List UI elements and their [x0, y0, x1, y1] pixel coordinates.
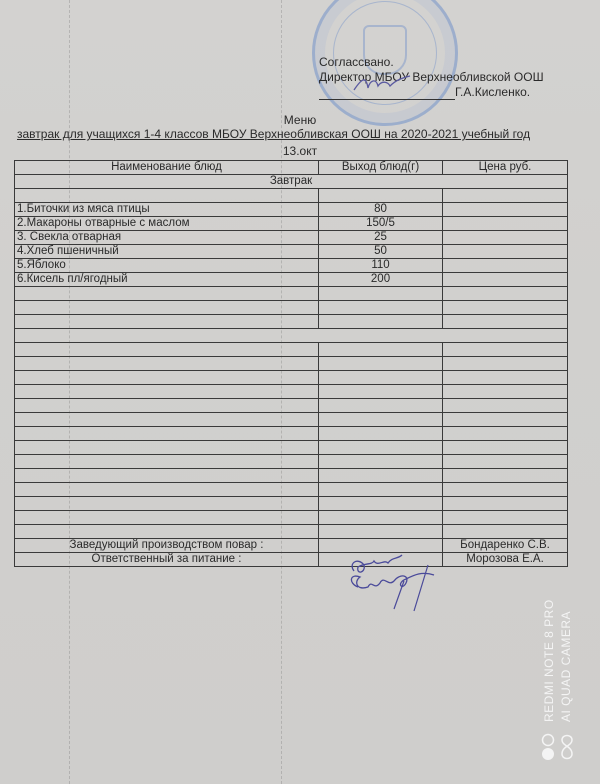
dish-price	[443, 217, 568, 231]
cell	[15, 413, 319, 427]
signature-role: Ответственный за питание :	[15, 553, 319, 567]
cell	[15, 455, 319, 469]
cell	[443, 427, 568, 441]
cell	[15, 441, 319, 455]
table-row: 1.Биточки из мяса птицы80	[15, 203, 568, 217]
dish-price	[443, 203, 568, 217]
table-row-empty	[15, 371, 568, 385]
signature-row: Заведующий производством повар :Бондарен…	[15, 539, 568, 553]
cell	[443, 497, 568, 511]
cell	[319, 413, 443, 427]
signature-row: Ответственный за питание :Морозова Е.А.	[15, 553, 568, 567]
cell	[319, 301, 443, 315]
watermark-line-1: REDMI NOTE 8 PRO	[542, 599, 556, 722]
table-row-empty	[15, 385, 568, 399]
table-row-empty	[15, 483, 568, 497]
cell	[15, 189, 319, 203]
watermark-line-2: AI QUAD CAMERA	[559, 611, 573, 722]
cell	[319, 287, 443, 301]
menu-title: Меню	[0, 113, 600, 127]
cell	[443, 483, 568, 497]
cell	[319, 357, 443, 371]
table-row-empty	[15, 301, 568, 315]
table-row-empty	[15, 441, 568, 455]
table-row-empty	[15, 413, 568, 427]
table-row-empty	[15, 525, 568, 539]
dish-yield: 200	[319, 273, 443, 287]
cell	[15, 357, 319, 371]
cell	[319, 483, 443, 497]
menu-table: Наименование блюдВыход блюд(г)Цена руб.З…	[14, 160, 568, 567]
table-row-empty	[15, 315, 568, 329]
cell	[15, 427, 319, 441]
cell	[15, 287, 319, 301]
signature-name: Морозова Е.А.	[443, 553, 568, 567]
cell	[319, 385, 443, 399]
approval-label: Соглассвано.	[319, 55, 544, 70]
cell	[15, 399, 319, 413]
cell	[443, 399, 568, 413]
director-name: Г.А.Кисленко.	[455, 85, 530, 99]
cell	[15, 497, 319, 511]
table-row-empty	[15, 343, 568, 357]
cell	[319, 343, 443, 357]
cell	[443, 469, 568, 483]
cell	[443, 511, 568, 525]
table-row: 3. Свекла отварная25	[15, 231, 568, 245]
column-header-price: Цена руб.	[443, 161, 568, 175]
cell	[443, 371, 568, 385]
table-row-empty	[15, 455, 568, 469]
cell	[319, 455, 443, 469]
dish-yield: 80	[319, 203, 443, 217]
table-row-empty	[15, 511, 568, 525]
table-row-empty	[15, 399, 568, 413]
table-header-row: Наименование блюдВыход блюд(г)Цена руб.	[15, 161, 568, 175]
cell	[15, 315, 319, 329]
dish-price	[443, 273, 568, 287]
camera-logo-icon	[540, 732, 576, 762]
cell	[443, 315, 568, 329]
dish-name: 1.Биточки из мяса птицы	[15, 203, 319, 217]
cell	[443, 343, 568, 357]
cell	[319, 189, 443, 203]
table-row: 2.Макароны отварные с маслом150/5	[15, 217, 568, 231]
table-row-empty	[15, 497, 568, 511]
menu-subtitle: завтрак для учащихся 1-4 классов МБОУ Ве…	[17, 127, 530, 141]
director-signature	[352, 74, 412, 94]
cell	[15, 343, 319, 357]
dish-name: 4.Хлеб пшеничный	[15, 245, 319, 259]
cell	[15, 301, 319, 315]
column-header-yield: Выход блюд(г)	[319, 161, 443, 175]
section-row: Завтрак	[15, 175, 568, 189]
signature-role: Заведующий производством повар :	[15, 539, 319, 553]
cell	[15, 385, 319, 399]
dish-name: 5.Яблоко	[15, 259, 319, 273]
cell	[319, 441, 443, 455]
cell	[443, 413, 568, 427]
cell	[15, 525, 319, 539]
cell	[319, 469, 443, 483]
cell	[443, 189, 568, 203]
dish-yield: 150/5	[319, 217, 443, 231]
dish-price	[443, 231, 568, 245]
merged-cell	[15, 329, 568, 343]
dish-name: 3. Свекла отварная	[15, 231, 319, 245]
table-row-empty	[15, 427, 568, 441]
cell	[443, 287, 568, 301]
table-row-merged-empty	[15, 329, 568, 343]
dish-name: 2.Макароны отварные с маслом	[15, 217, 319, 231]
cell	[319, 315, 443, 329]
cell	[443, 455, 568, 469]
signature	[344, 553, 444, 613]
cell	[15, 483, 319, 497]
cell	[319, 427, 443, 441]
cell	[319, 371, 443, 385]
table-row-empty	[15, 287, 568, 301]
cell	[443, 357, 568, 371]
dish-name: 6.Кисель пл/ягодный	[15, 273, 319, 287]
cell	[443, 525, 568, 539]
cell	[443, 301, 568, 315]
cell	[15, 511, 319, 525]
cell	[319, 497, 443, 511]
cell	[15, 371, 319, 385]
table-row-empty	[15, 469, 568, 483]
dish-yield: 50	[319, 245, 443, 259]
section-title: Завтрак	[15, 175, 568, 189]
cell	[319, 399, 443, 413]
cell	[15, 469, 319, 483]
table-row-empty	[15, 357, 568, 371]
table-row-empty	[15, 189, 568, 203]
column-header-dish: Наименование блюд	[15, 161, 319, 175]
cell	[319, 525, 443, 539]
dish-yield: 110	[319, 259, 443, 273]
table-row: 5.Яблоко110	[15, 259, 568, 273]
camera-watermark: REDMI NOTE 8 PRO AI QUAD CAMERA	[540, 594, 580, 764]
menu-date: 13.окт	[0, 144, 600, 158]
dish-yield: 25	[319, 231, 443, 245]
dish-price	[443, 245, 568, 259]
signature-name: Бондаренко С.В.	[443, 539, 568, 553]
cell	[319, 511, 443, 525]
table-row: 6.Кисель пл/ягодный200	[15, 273, 568, 287]
dish-price	[443, 259, 568, 273]
table-row: 4.Хлеб пшеничный50	[15, 245, 568, 259]
cell	[443, 441, 568, 455]
signature-cell	[319, 539, 443, 553]
cell	[443, 385, 568, 399]
